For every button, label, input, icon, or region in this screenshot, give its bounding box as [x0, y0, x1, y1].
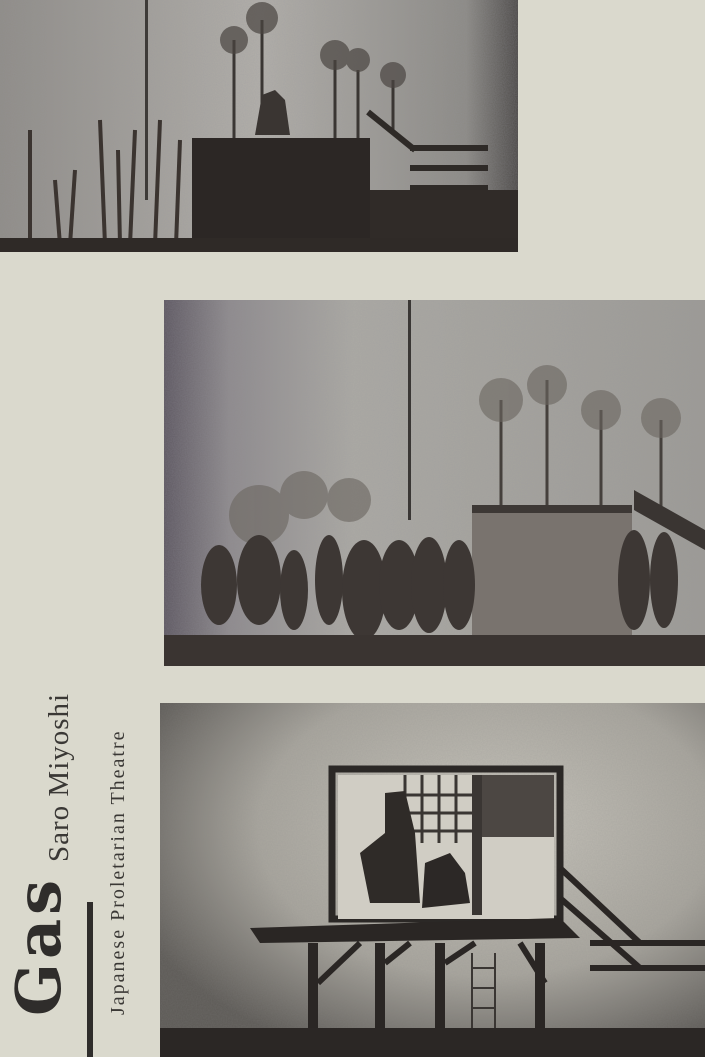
play-title: Gas: [6, 876, 72, 1016]
stage-photo-middle-image: [164, 300, 705, 666]
stage-photo-top: [0, 0, 518, 252]
stage-photo-top-image: [0, 0, 518, 252]
stage-photo-bottom: [160, 703, 705, 1057]
title-rule-divider: [87, 902, 93, 1057]
stage-photo-middle: [164, 300, 705, 666]
stage-photo-bottom-image: [160, 703, 705, 1057]
playwright-name: Saro Miyoshi: [44, 693, 74, 862]
theatre-company: Japanese Proletarian Theatre: [106, 729, 130, 1015]
